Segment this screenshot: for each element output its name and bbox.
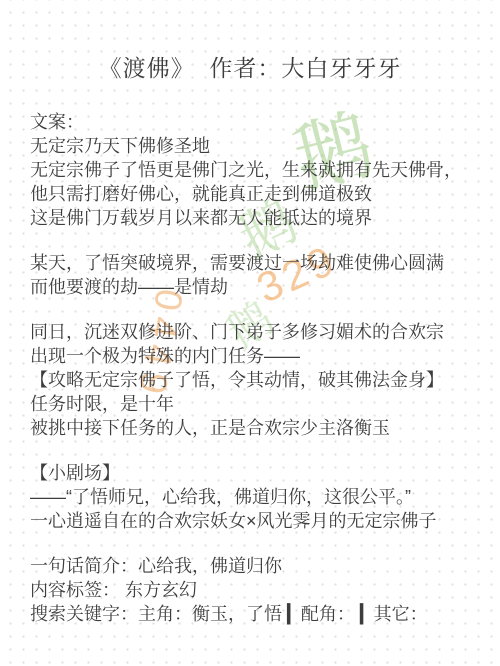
section-meta-tags: 一句话简介：心给我，佛道归你 内容标签： 东方玄幻 搜索关键字：主角：衡玉，了悟… (30, 554, 476, 626)
note-page: 鹅 鹅 329 鹅 0449 《渡佛》 作者：大白牙牙牙 文案： 无定宗乃天下佛… (0, 0, 500, 666)
text-line: 【攻略无定宗佛子了悟，令其动情，破其佛法金身】 (30, 368, 476, 392)
text-line: 无定宗佛子了悟更是佛门之光，生来就拥有先天佛骨， (30, 158, 476, 182)
text-line: 同日，沉迷双修进阶、门下弟子多修习媚术的合欢宗 (30, 320, 476, 344)
text-line: 而他要渡的劫——是情劫 (30, 275, 476, 299)
section-mini-theater: 【小剧场】 ——“了悟师兄，心给我，佛道归你，这很公平。” 一心逍遥自在的合欢宗… (30, 461, 476, 533)
text-line: 内容标签： 东方玄幻 (30, 578, 476, 602)
section-synopsis-intro: 文案： 无定宗乃天下佛修圣地 无定宗佛子了悟更是佛门之光，生来就拥有先天佛骨， … (30, 110, 476, 230)
text-line: 任务时限，是十年 (30, 392, 476, 416)
text-line: 一句话简介：心给我，佛道归你 (30, 554, 476, 578)
text-line: 【小剧场】 (30, 461, 476, 485)
text-line: 被挑中接下任务的人，正是合欢宗少主洛衡玉 (30, 416, 476, 440)
text-line: 某天，了悟突破境界，需要渡过一场劫难使佛心圆满 (30, 251, 476, 275)
text-line: 无定宗乃天下佛修圣地 (30, 134, 476, 158)
section-sect-task: 同日，沉迷双修进阶、门下弟子多修习媚术的合欢宗 出现一个极为特殊的内门任务—— … (30, 320, 476, 440)
text-line: 文案： (30, 110, 476, 134)
text-line: 一心逍遥自在的合欢宗妖女×风光霁月的无定宗佛子 (30, 509, 476, 533)
synopsis-body: 文案： 无定宗乃天下佛修圣地 无定宗佛子了悟更是佛门之光，生来就拥有先天佛骨， … (30, 110, 476, 647)
section-tribulation: 某天，了悟突破境界，需要渡过一场劫难使佛心圆满 而他要渡的劫——是情劫 (30, 251, 476, 299)
text-line: 他只需打磨好佛心，就能真正走到佛道极致 (30, 182, 476, 206)
text-line: 出现一个极为特殊的内门任务—— (30, 344, 476, 368)
page-title: 《渡佛》 作者：大白牙牙牙 (0, 50, 500, 83)
text-line: ——“了悟师兄，心给我，佛道归你，这很公平。” (30, 485, 476, 509)
text-line: 这是佛门万载岁月以来都无人能抵达的境界 (30, 206, 476, 230)
text-line: 搜索关键字：主角：衡玉，了悟 ▎配角： ▎其它： (30, 602, 476, 626)
